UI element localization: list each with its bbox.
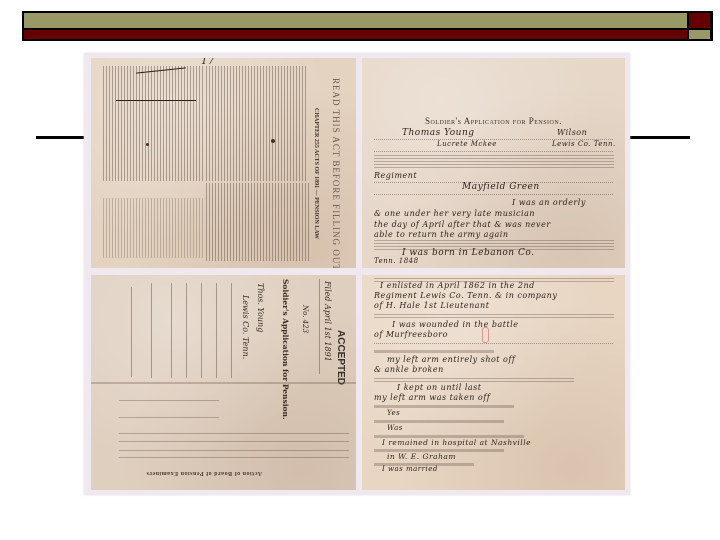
- act-title: READ THIS ACT BEFORE FILLING OUT APPLICA…: [331, 78, 341, 268]
- handwritten-line: Regiment: [374, 171, 417, 180]
- document-photo: CHAPTER 255 ACTS OF 1891 — PENSION LAW R…: [84, 53, 630, 495]
- rule-line: [201, 283, 202, 378]
- handwritten-line: Mayfield Green: [462, 182, 540, 192]
- handwritten-line: my left arm entirely shot off: [387, 355, 515, 364]
- printed-text-block: [206, 183, 311, 261]
- rule-line: [231, 283, 232, 378]
- handwritten-line: I was born in Lebanon Co.: [402, 248, 534, 258]
- handwritten-name: Thos. Young: [256, 283, 265, 332]
- examiners-footer: Action of Board of Pension Examiners: [146, 470, 262, 476]
- handwritten-county: Wilson: [557, 128, 587, 137]
- ink-spot: [146, 143, 149, 146]
- printed-text-block: [206, 66, 306, 181]
- panel-application-back: I enlisted in April 1862 in the 2nd Regi…: [362, 275, 625, 490]
- printed-form-text: [374, 405, 514, 408]
- rule-line: [119, 441, 349, 442]
- handwritten-line: my left arm was taken off: [374, 393, 490, 402]
- title-bar: [22, 11, 713, 41]
- application-number: No. 423: [301, 305, 309, 333]
- form-line: [374, 151, 613, 152]
- title-bar-olive-square: [689, 30, 710, 39]
- handwritten-line: the day of April after that & was never: [374, 220, 551, 229]
- handwritten-line: in W. E. Graham: [387, 452, 456, 461]
- handwritten-line: of Murfreesboro: [374, 330, 448, 339]
- ink-spot: [271, 139, 275, 143]
- left-rule: [36, 136, 84, 139]
- red-mark: [482, 327, 489, 343]
- printed-text-block: [103, 198, 203, 258]
- handwritten-line: Regiment Lewis Co. Tenn. & in company: [374, 291, 557, 300]
- title-bar-maroon-band: [24, 30, 687, 39]
- fold-crease: [91, 382, 356, 384]
- printed-form-text: [374, 313, 614, 318]
- handwritten-line: I was married: [382, 465, 438, 473]
- printed-text-block: [103, 66, 203, 181]
- handwritten-line: Was: [387, 424, 403, 432]
- printed-form-text: [374, 350, 494, 353]
- rule-line: [131, 287, 132, 377]
- panel-act-text: CHAPTER 255 ACTS OF 1891 — PENSION LAW R…: [91, 58, 356, 268]
- form-line: [374, 343, 613, 344]
- ink-stroke: [116, 100, 196, 101]
- handwritten-mark: 17: [201, 58, 215, 67]
- rule-line: [119, 450, 349, 451]
- rule-line: [119, 457, 349, 458]
- handwritten-line: I kept on until last: [397, 383, 482, 392]
- cover-title: Soldier's Application for Pension.: [281, 279, 290, 420]
- handwritten-line: Yes: [387, 409, 400, 417]
- printed-form-text: [374, 420, 504, 423]
- handwritten-location: Lewis Co. Tenn.: [241, 295, 250, 359]
- handwritten-line: I was an orderly: [512, 198, 586, 207]
- printed-form-text: [374, 154, 614, 168]
- handwritten-filed: Filed April 1st 1891: [323, 281, 332, 362]
- handwritten-line: I remained in hospital at Nashville: [382, 438, 531, 447]
- handwritten-line: I was wounded in the battle: [392, 320, 518, 329]
- handwritten-line: Lucrete Mckee: [437, 140, 497, 148]
- panel-application-cover: Filed April 1st 1891 ACCEPTED No. 423 So…: [91, 275, 356, 490]
- rule-line: [119, 433, 349, 434]
- printed-form-text: [374, 377, 574, 382]
- title-bar-olive-band: [24, 13, 687, 28]
- applicant-name: Thomas Young: [402, 128, 475, 138]
- handwritten-line: & one under her very late musician: [374, 209, 535, 218]
- handwritten-line: Lewis Co. Tenn.: [552, 140, 616, 148]
- title-bar-maroon-square: [689, 13, 710, 28]
- rule-line: [119, 400, 219, 401]
- rule-line: [119, 417, 219, 418]
- panel-application-front: Soldier's Application for Pension. Thoma…: [362, 58, 625, 268]
- form-line: [374, 194, 613, 195]
- rule-line: [151, 283, 152, 378]
- rule-line: [186, 283, 187, 378]
- handwritten-line: I enlisted in April 1862 in the 2nd: [380, 281, 535, 290]
- rule-line: [319, 279, 320, 374]
- handwritten-line: able to return the army again: [374, 230, 509, 239]
- handwritten-line: of H. Hale 1st Lieutenant: [374, 301, 489, 310]
- right-rule: [630, 136, 690, 139]
- handwritten-line: & ankle broken: [374, 365, 444, 374]
- accepted-stamp: ACCEPTED: [335, 330, 346, 385]
- act-subtitle: CHAPTER 255 ACTS OF 1891 — PENSION LAW: [313, 108, 319, 239]
- rule-line: [171, 283, 172, 378]
- rule-line: [216, 283, 217, 378]
- handwritten-line: Tenn. 1848: [374, 257, 419, 265]
- form-title: Soldier's Application for Pension.: [362, 116, 625, 126]
